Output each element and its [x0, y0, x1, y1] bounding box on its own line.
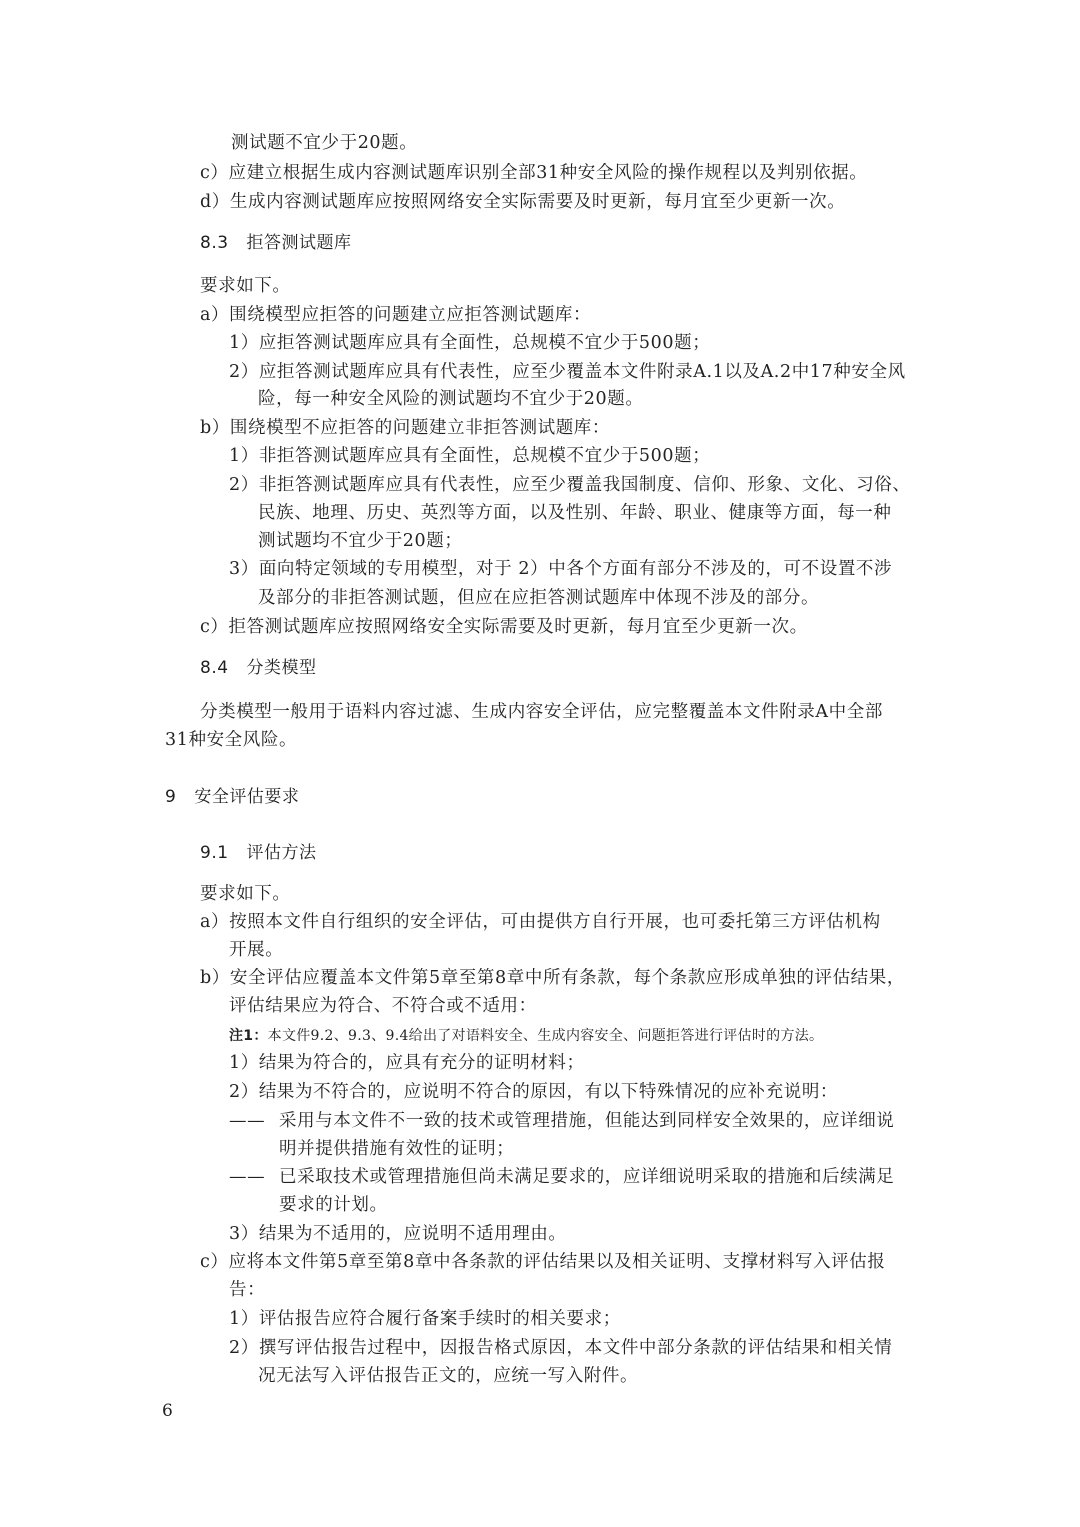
list-item-a2-cont: 险，每一种安全风险的测试题均不宜少于20题。 [258, 387, 643, 411]
list-item-c-cont: 告： [229, 1278, 265, 1302]
dash-item: 采用与本文件不一致的技术或管理措施，但能达到同样安全效果的，应详细说 [279, 1109, 894, 1133]
list-item-d: d）生成内容测试题库应按照网络安全实际需要及时更新，每月宜至少更新一次。 [200, 190, 845, 214]
list-item-b2-cont: 测试题均不宜少于20题； [258, 529, 462, 553]
dash-item-cont: 要求的计划。 [279, 1193, 388, 1217]
list-item-a: a）按照本文件自行组织的安全评估，可由提供方自行开展，也可委托第三方评估机构 [200, 910, 881, 934]
list-item-b2: 2）非拒答测试题库应具有代表性，应至少覆盖我国制度、信仰、形象、文化、习俗、 [229, 473, 910, 497]
list-item-b: b）围绕模型不应拒答的问题建立非拒答测试题库： [200, 416, 610, 440]
chapter-heading-9: 9安全评估要求 [165, 785, 299, 809]
intro-text: 要求如下。 [200, 882, 291, 906]
section-title: 分类模型 [247, 658, 317, 678]
dash-item-mark: —— [229, 1109, 265, 1133]
list-item-b2-cont: 民族、地理、历史、英烈等方面，以及性别、年龄、职业、健康等方面，每一种 [258, 501, 892, 525]
list-item-continuation: 测试题不宜少于20题。 [231, 131, 417, 155]
list-item-b3-cont: 及部分的非拒答测试题，但应在应拒答测试题库中体现不涉及的部分。 [258, 586, 819, 610]
list-item-b1: 1）结果为符合的，应具有充分的证明材料； [229, 1051, 585, 1075]
section-heading-8-4: 8.4分类模型 [200, 656, 317, 680]
dash-item: 已采取技术或管理措施但尚未满足要求的，应详细说明采取的措施和后续满足 [279, 1165, 894, 1189]
list-item-b-cont: 评估结果应为符合、不符合或不适用： [229, 994, 537, 1018]
intro-text: 要求如下。 [200, 274, 291, 298]
note: 注1：本文件9.2、9.3、9.4给出了对语料安全、生成内容安全、问题拒答进行评… [229, 1024, 823, 1048]
list-item-c: c）应建立根据生成内容测试题库识别全部31种安全风险的操作规程以及判别依据。 [200, 161, 867, 185]
list-item-a1: 1）应拒答测试题库应具有全面性，总规模不宜少于500题； [229, 331, 710, 355]
page-number: 6 [162, 1399, 173, 1423]
section-title: 拒答测试题库 [247, 233, 352, 253]
list-item-c2: 2）撰写评估报告过程中，因报告格式原因，本文件中部分条款的评估结果和相关情 [229, 1336, 892, 1360]
paragraph-cont: 31种安全风险。 [165, 728, 297, 752]
section-number: 8.4 [200, 656, 229, 680]
list-item-b2: 2）结果为不符合的，应说明不符合的原因，有以下特殊情况的应补充说明： [229, 1080, 838, 1104]
list-item-a2: 2）应拒答测试题库应具有代表性，应至少覆盖本文件附录A.1以及A.2中17种安全… [229, 360, 906, 384]
list-item-b: b）安全评估应覆盖本文件第5章至第8章中所有条款，每个条款应形成单独的评估结果， [200, 966, 905, 990]
list-item-b3: 3）结果为不适用的，应说明不适用理由。 [229, 1222, 567, 1246]
list-item-a-cont: 开展。 [229, 938, 283, 962]
section-heading-8-3: 8.3拒答测试题库 [200, 231, 352, 255]
chapter-number: 9 [165, 785, 176, 809]
list-item-b3: 3）面向特定领域的专用模型，对于 2）中各个方面有部分不涉及的，可不设置不涉 [229, 557, 892, 581]
list-item-a: a）围绕模型应拒答的问题建立应拒答测试题库： [200, 303, 591, 327]
section-heading-9-1: 9.1评估方法 [200, 841, 317, 865]
dash-item-mark: —— [229, 1165, 265, 1189]
chapter-title: 安全评估要求 [194, 787, 299, 807]
paragraph: 分类模型一般用于语料内容过滤、生成内容安全评估，应完整覆盖本文件附录A中全部 [200, 700, 883, 724]
note-text: 本文件9.2、9.3、9.4给出了对语料安全、生成内容安全、问题拒答进行评估时的… [268, 1028, 824, 1044]
list-item-b1: 1）非拒答测试题库应具有全面性，总规模不宜少于500题； [229, 444, 710, 468]
list-item-c: c）拒答测试题库应按照网络安全实际需要及时更新，每月宜至少更新一次。 [200, 615, 808, 639]
section-title: 评估方法 [247, 843, 317, 863]
list-item-c: c）应将本文件第5章至第8章中各条款的评估结果以及相关证明、支撑材料写入评估报 [200, 1250, 885, 1274]
note-label: 注1： [229, 1028, 268, 1044]
section-number: 8.3 [200, 231, 229, 255]
list-item-c2-cont: 况无法写入评估报告正文的，应统一写入附件。 [258, 1364, 638, 1388]
section-number: 9.1 [200, 841, 229, 865]
dash-item-cont: 明并提供措施有效性的证明； [279, 1137, 514, 1161]
list-item-c1: 1）评估报告应符合履行备案手续时的相关要求； [229, 1307, 621, 1331]
